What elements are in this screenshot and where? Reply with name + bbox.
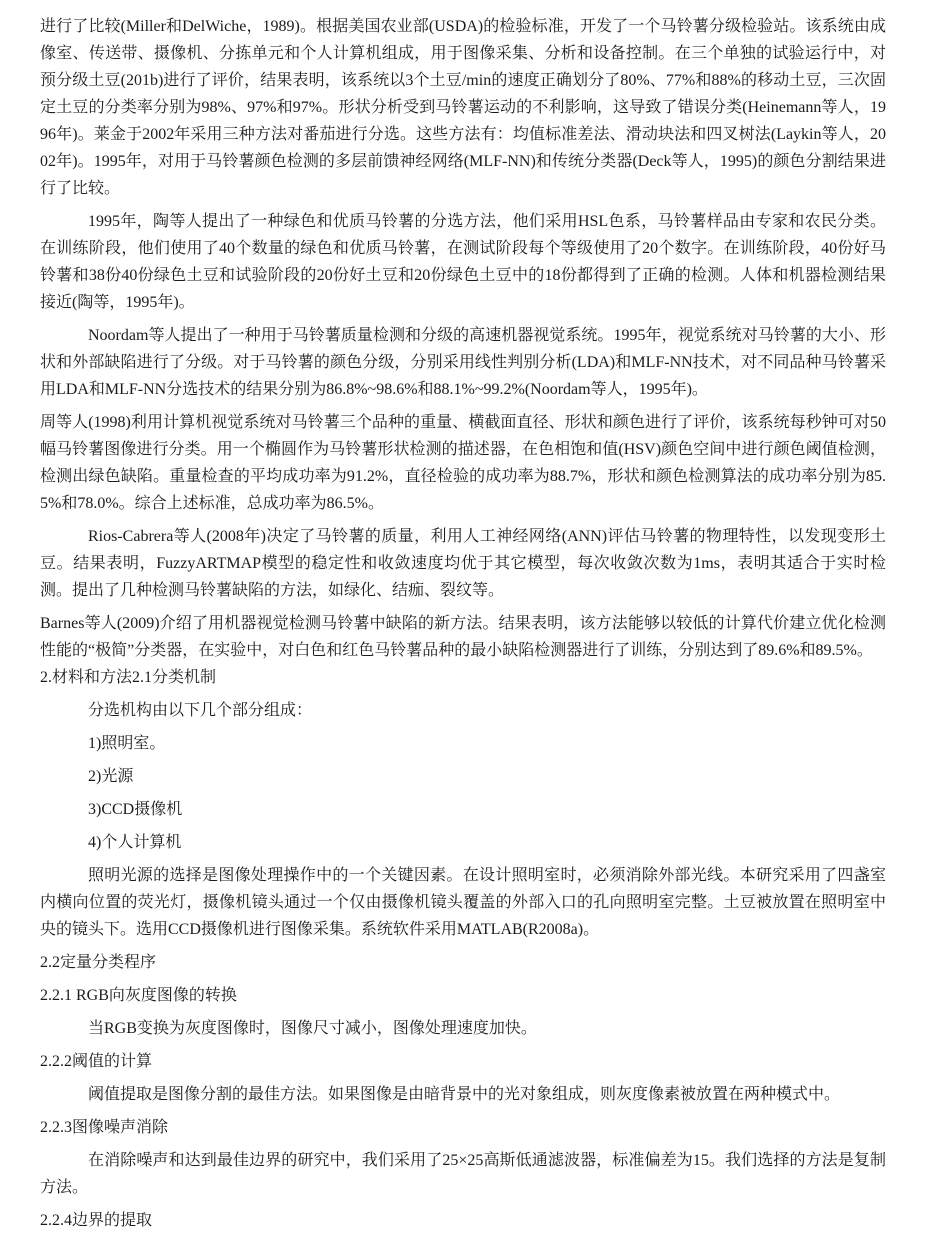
para-lighting-design: 照明光源的选择是图像处理操作中的一个关键因素。在设计照明室时，必须消除外部光线。… [40, 862, 886, 943]
list-item-lighting-room: 1)照明室。 [40, 730, 886, 757]
para-tao-hsl-sorting: 1995年，陶等人提出了一种绿色和优质马铃薯的分选方法，他们采用HSL色系，马铃… [40, 208, 886, 316]
list-item-personal-computer: 4)个人计算机 [40, 829, 886, 856]
para-threshold-body: 阈值提取是图像分割的最佳方法。如果图像是由暗背景中的光对象组成，则灰度像素被放置… [40, 1081, 886, 1108]
para-rgb-to-gray-body: 当RGB变换为灰度图像时，图像尺寸减小，图像处理速度加快。 [40, 1015, 886, 1042]
para-barnes-2009-defects: Barnes等人(2009)介绍了用机器视觉检测马铃薯中缺陷的新方法。结果表明，… [40, 610, 886, 664]
heading-rgb-to-gray: 2.2.1 RGB向灰度图像的转换 [40, 982, 886, 1009]
heading-threshold-calculation: 2.2.2阈值的计算 [40, 1048, 886, 1075]
para-noordam-machine-vision: Noordam等人提出了一种用于马铃薯质量检测和分级的高速机器视觉系统。1995… [40, 322, 886, 403]
para-zhou-1998-evaluation: 周等人(1998)利用计算机视觉系统对马铃薯三个品种的重量、横截面直径、形状和颜… [40, 409, 886, 517]
list-item-light-source: 2)光源 [40, 763, 886, 790]
heading-boundary-extraction: 2.2.4边界的提取 [40, 1207, 886, 1234]
para-sorting-mechanism-intro: 分选机构由以下几个部分组成： [40, 697, 886, 724]
para-usda-grading-station: 进行了比较(Miller和DelWiche，1989)。根据美国农业部(USDA… [40, 13, 886, 202]
heading-materials-and-methods: 2.材料和方法2.1分类机制 [40, 664, 886, 691]
para-noise-removal-body: 在消除噪声和达到最佳边界的研究中，我们采用了25×25高斯低通滤波器，标准偏差为… [40, 1147, 886, 1201]
heading-quantitative-classification: 2.2定量分类程序 [40, 949, 886, 976]
document-page: 进行了比较(Miller和DelWiche，1989)。根据美国农业部(USDA… [0, 0, 926, 1258]
para-rios-cabrera-ann: Rios-Cabrera等人(2008年)决定了马铃薯的质量，利用人工神经网络(… [40, 523, 886, 604]
heading-noise-removal: 2.2.3图像噪声消除 [40, 1114, 886, 1141]
list-item-ccd-camera: 3)CCD摄像机 [40, 796, 886, 823]
